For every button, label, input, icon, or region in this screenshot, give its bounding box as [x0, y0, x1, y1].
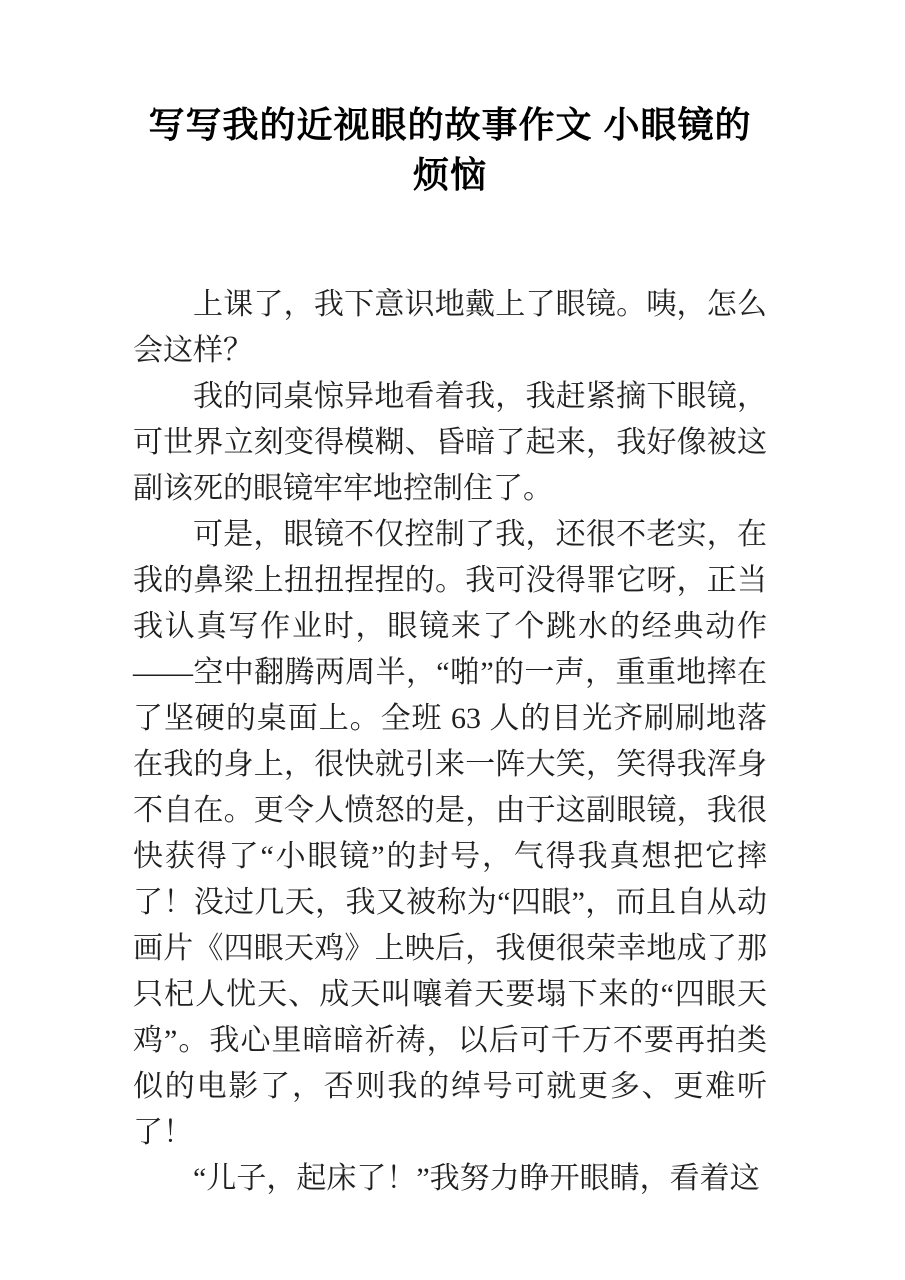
paragraph-4: “儿子，起床了！”我努力睁开眼睛，看着这: [133, 1156, 767, 1202]
page-title: 写写我的近视眼的故事作文 小眼镜的烦恼: [133, 100, 767, 200]
paragraph-1: 上课了，我下意识地戴上了眼镜。咦，怎么会这样？: [133, 282, 767, 374]
document-body: 上课了，我下意识地戴上了眼镜。咦，怎么会这样？ 我的同桌惊异地看着我，我赶紧摘下…: [133, 282, 767, 1202]
document-page: 写写我的近视眼的故事作文 小眼镜的烦恼 上课了，我下意识地戴上了眼镜。咦，怎么会…: [0, 0, 905, 1280]
paragraph-2: 我的同桌惊异地看着我，我赶紧摘下眼镜，可世界立刻变得模糊、昏暗了起来，我好像被这…: [133, 374, 767, 512]
paragraph-3: 可是，眼镜不仅控制了我，还很不老实，在我的鼻梁上扭扭捏捏的。我可没得罪它呀，正当…: [133, 512, 767, 1156]
